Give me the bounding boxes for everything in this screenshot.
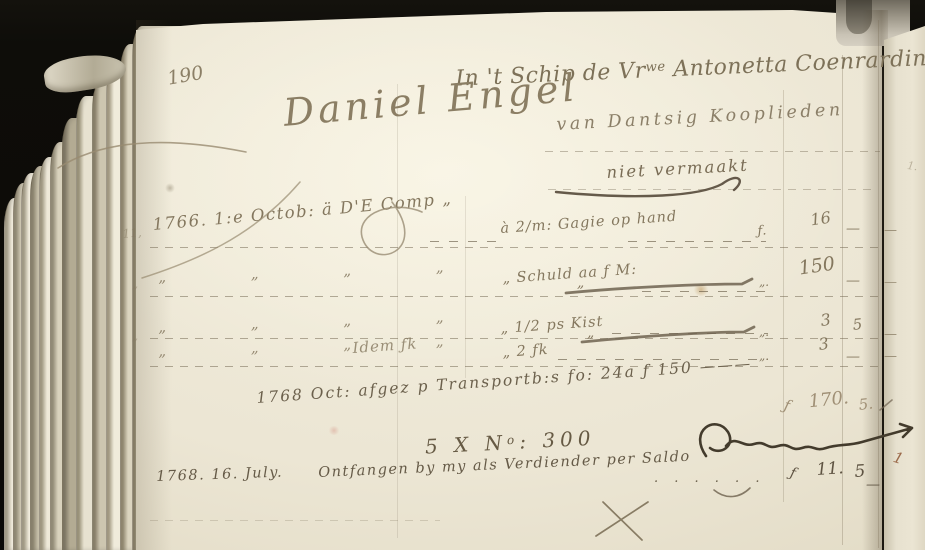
row4-description: „ 2 ƒk [502,343,549,361]
column-rule [783,90,784,502]
ruled-line [150,366,882,367]
column-rule [878,20,879,548]
row1-stuivers: — [846,222,860,237]
paper-stain [328,426,340,435]
row2-penningen: — [884,276,897,290]
dotted-leader [628,241,766,242]
edge-note: 1. [906,160,918,173]
page-title-sup: we [645,60,666,76]
edge-ditto-tick: „ [132,278,138,291]
ruled-line [545,151,880,152]
package-post: : 300 [519,426,596,454]
ruled-line [150,247,882,248]
receipt-dots: . . . . . . [654,472,765,486]
margin-note: 11, [122,226,142,240]
row2-florin-mark: „. [759,276,769,289]
row2-stuivers: — [846,274,860,289]
row1-florin-mark: ƒ. [757,224,767,238]
column-rule [465,196,466,378]
ledger-scan: 190 In 't Schip de Vrwe Antonetta Coenra… [0,0,925,550]
receipt-penningen: — [866,478,880,493]
receipt-stuivers: 5 [854,463,866,482]
ruled-line [548,189,878,190]
total-stuivers: 5. [858,397,874,414]
ruled-line [150,296,882,297]
package-sup: o [507,432,520,447]
row4-florin-mark: „. [759,350,769,363]
paper-stain [165,183,175,193]
dotted-leader [642,291,768,292]
row3-stuivers: 5 [852,317,863,334]
row4-penningen: — [884,350,897,364]
row4-stuivers: — [846,350,860,365]
dotted-leader [612,333,768,334]
receipt-guilders: 11. [816,460,844,480]
package-pre: 5 X N [424,430,507,458]
row3-florin-mark: „. [759,326,769,339]
row1-penningen: — [884,224,897,238]
edge-ditto-tick: „ [132,330,138,343]
row3-penningen: — [884,328,897,342]
paper-stain [693,283,709,296]
page-title-post: Antonetta Coenrardina [665,46,925,83]
